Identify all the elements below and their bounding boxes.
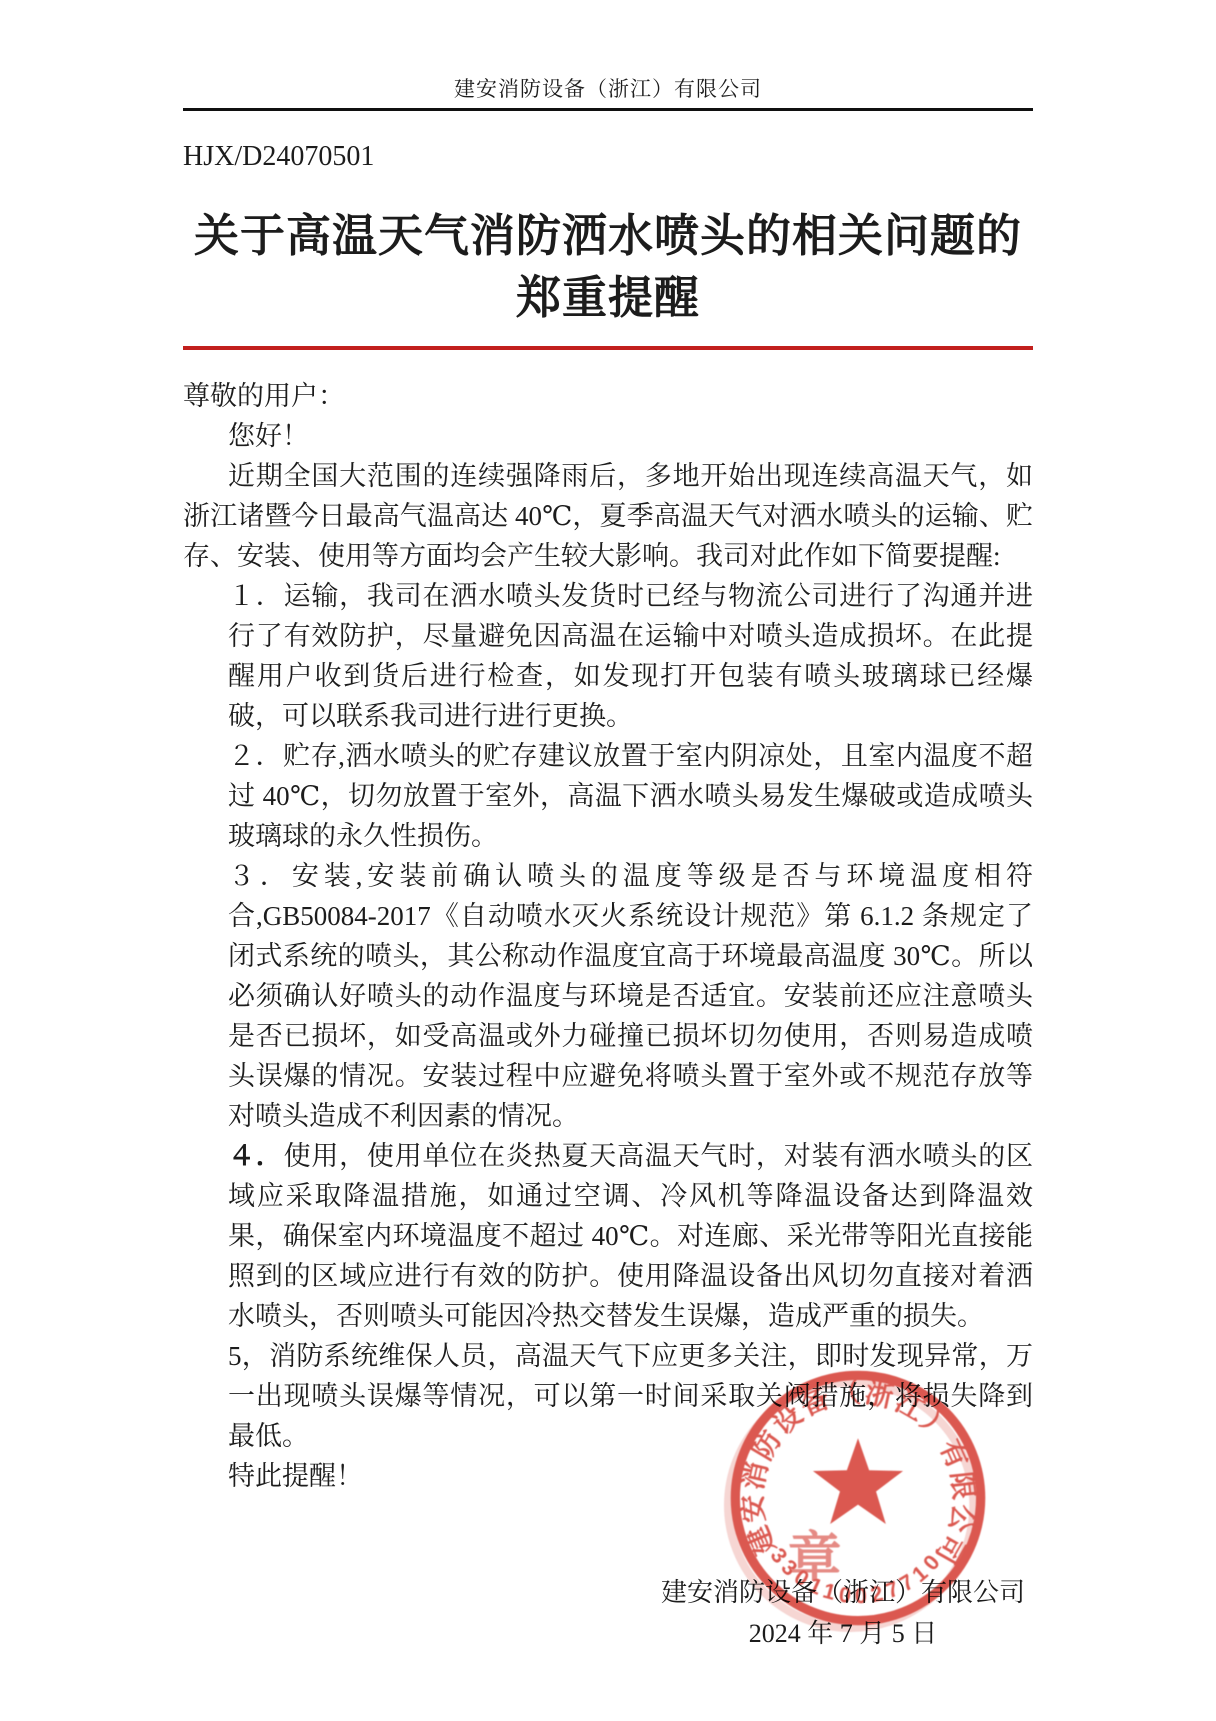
notice-item-1-text: 运输，我司在洒水喷头发货时已经与物流公司进行了沟通并进行了有效防护，尽量避免因高… <box>228 581 1033 731</box>
notice-item-3-number: ３． <box>228 861 292 891</box>
notice-item-1: １．运输，我司在洒水喷头发货时已经与物流公司进行了沟通并进行了有效防护，尽量避免… <box>183 576 1033 736</box>
document-body: 尊敬的用户： 您好！ 近期全国大范围的连续强降雨后，多地开始出现连续高温天气，如… <box>183 376 1033 1496</box>
signature-company: 建安消防设备（浙江）有限公司 <box>653 1572 1033 1613</box>
signature-date: 2024 年 7 月 5 日 <box>653 1613 1033 1654</box>
signature-block: 建安消防设备（浙江）有限公司 2024 年 7 月 5 日 <box>653 1572 1033 1654</box>
page-content: 建安消防设备（浙江）有限公司 HJX/D24070501 关于高温天气消防洒水喷… <box>0 0 1216 1654</box>
notice-item-1-number: １． <box>228 581 284 611</box>
notice-item-2-number: ２． <box>228 741 283 771</box>
closing-line: 特此提醒！ <box>183 1456 1033 1496</box>
notice-item-2: ２．贮存,洒水喷头的贮存建议放置于室内阴凉处，且室内温度不超过 40℃，切勿放置… <box>183 736 1033 856</box>
notice-item-5: 5，消防系统维保人员，高温天气下应更多关注，即时发现异常，万一出现喷头误爆等情况… <box>183 1336 1033 1456</box>
salutation: 尊敬的用户： <box>183 376 1033 416</box>
notice-item-4-number: ４． <box>228 1141 284 1171</box>
notice-item-3: ３．安装,安装前确认喷头的温度等级是否与环境温度相符合,GB50084-2017… <box>183 856 1033 1136</box>
header-company-name: 建安消防设备（浙江）有限公司 <box>183 0 1033 102</box>
document-title-line2: 郑重提醒 <box>183 267 1033 329</box>
notice-item-4-text: 使用，使用单位在炎热夏天高温天气时，对装有洒水喷头的区域应采取降温措施，如通过空… <box>228 1141 1033 1331</box>
intro-paragraph: 近期全国大范围的连续强降雨后，多地开始出现连续高温天气，如浙江诸暨今日最高气温高… <box>183 456 1033 576</box>
document-page: 建安消防设备（浙江）有限公司 HJX/D24070501 关于高温天气消防洒水喷… <box>0 0 1216 1721</box>
notice-item-2-text: 贮存,洒水喷头的贮存建议放置于室内阴凉处，且室内温度不超过 40℃，切勿放置于室… <box>228 741 1033 851</box>
greeting: 您好！ <box>183 416 1033 456</box>
document-title-line1: 关于高温天气消防洒水喷头的相关问题的 <box>183 205 1033 267</box>
notice-item-4: ４．使用，使用单位在炎热夏天高温天气时，对装有洒水喷头的区域应采取降温措施，如通… <box>183 1136 1033 1336</box>
document-title: 关于高温天气消防洒水喷头的相关问题的 郑重提醒 <box>183 205 1033 329</box>
title-divider-red-line <box>183 346 1033 350</box>
document-number: HJX/D24070501 <box>183 141 1033 173</box>
notice-item-5-number: 5， <box>228 1341 269 1371</box>
notice-item-5-text: 消防系统维保人员，高温天气下应更多关注，即时发现异常，万一出现喷头误爆等情况，可… <box>228 1341 1033 1451</box>
notice-item-3-text: 安装,安装前确认喷头的温度等级是否与环境温度相符合,GB50084-2017《自… <box>228 861 1033 1131</box>
header-rule <box>183 108 1033 111</box>
